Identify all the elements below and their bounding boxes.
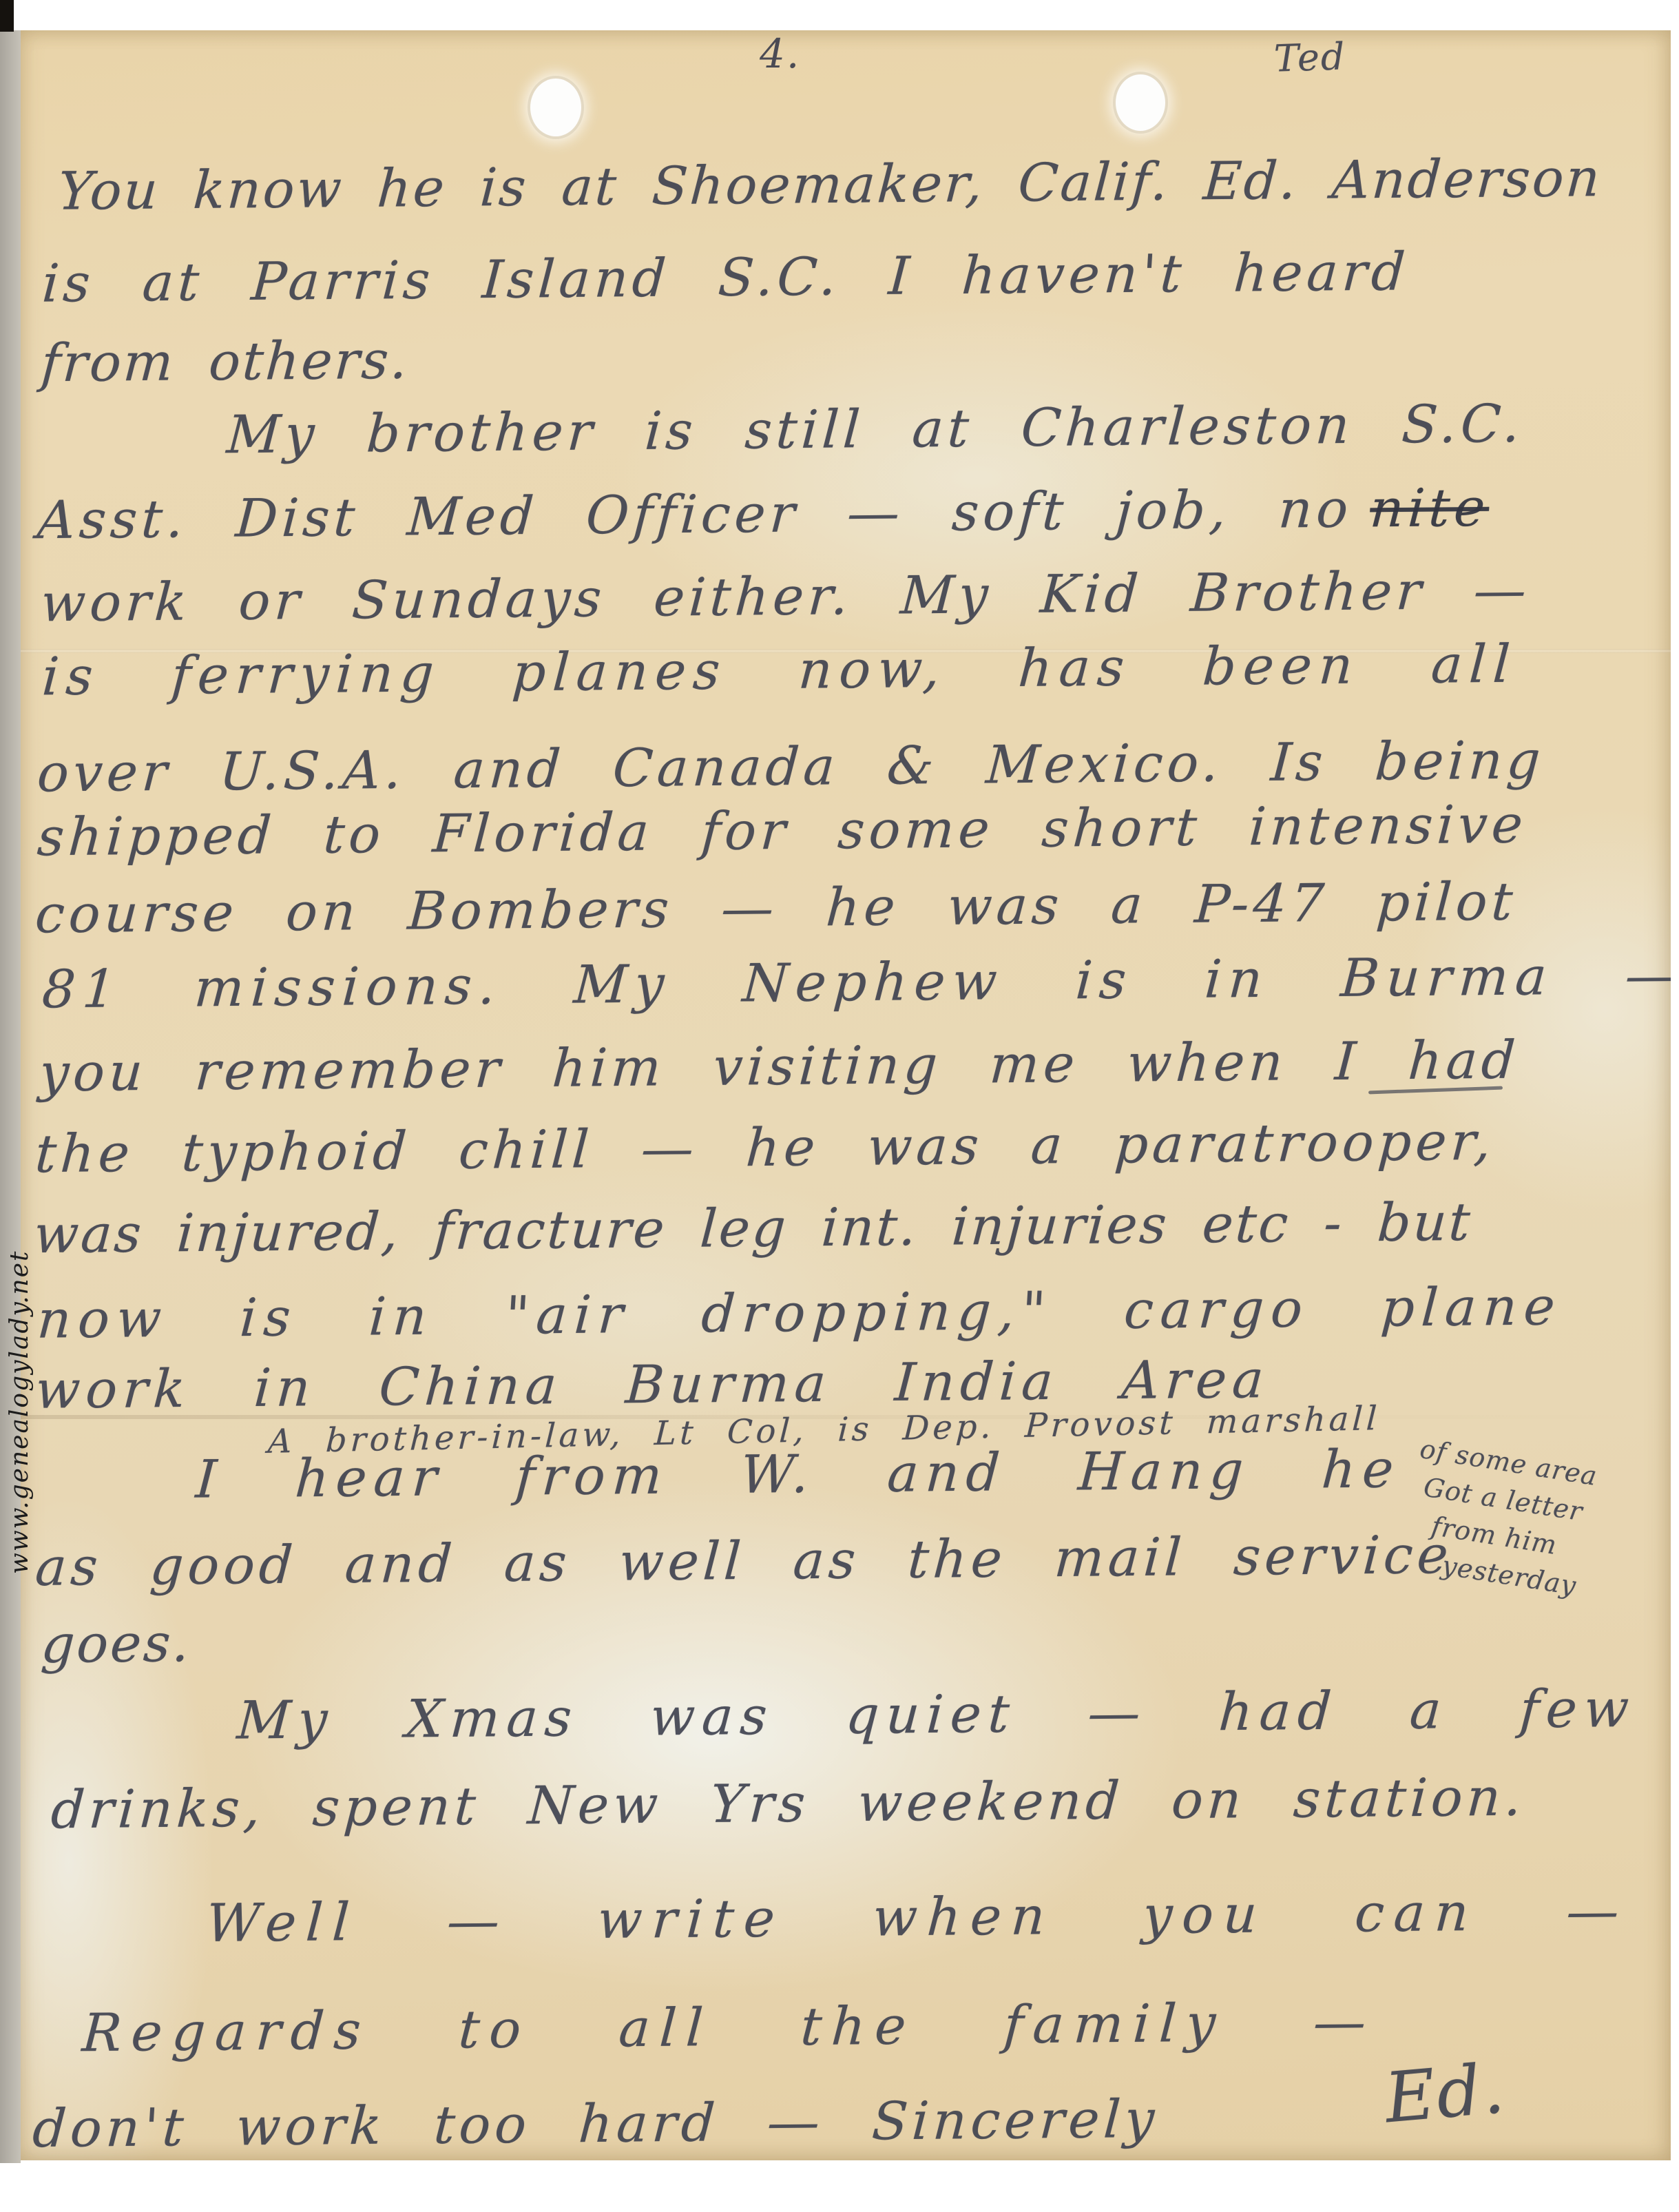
scan-edge [0, 0, 1679, 30]
handwritten-line: Regards to all the family — [81, 1996, 1377, 2059]
scanner-edge-strip [0, 30, 21, 2163]
handwritten-line: You know he is at Shoemaker, Calif. Ed. … [56, 152, 1603, 218]
handwritten-line: 81 missions. My Nephew is in Burma — [41, 949, 1679, 1016]
handwritten-line: was injured, fracture leg int. injuries … [32, 1196, 1474, 1261]
page-number: 4. [760, 30, 800, 77]
handwritten-line: now is in "air dropping," cargo plane [36, 1280, 1563, 1345]
handwritten-line: course on Bombers — he was a P-47 pilot [34, 876, 1519, 941]
struck-word: nite [1368, 477, 1491, 539]
handwritten-line: Well — write when you can — [205, 1885, 1630, 1950]
handwritten-line: the typhoid chill — he was a paratrooper… [34, 1115, 1496, 1180]
line-text: Asst. Dist Med Officer — soft job, no [36, 478, 1354, 551]
handwritten-line: Asst. Dist Med Officer — soft job, nonit… [36, 482, 1491, 546]
handwritten-line: My Xmas was quiet — had a few — [236, 1681, 1679, 1746]
handwritten-line: is at Parris Island S.C. I haven't heard [41, 245, 1410, 309]
handwritten-line: My brother is still at Charleston S.C. [225, 397, 1525, 461]
watermark: www.genealogylady.net [6, 1250, 34, 1574]
scan-corner-mark [0, 0, 14, 32]
scanned-letter-page: 4. Ted You know he is at Shoemaker, Cali… [0, 0, 1679, 2212]
letter-paper: 4. Ted You know he is at Shoemaker, Cali… [19, 30, 1671, 2160]
handwritten-line: drinks, spent New Yrs weekend on station… [50, 1771, 1527, 1837]
handwritten-line: work or Sundays either. My Kid Brother — [39, 564, 1532, 630]
handwritten-line: shipped to Florida for some short intens… [36, 798, 1528, 864]
handwritten-line: I hear from W. and Hang he [194, 1443, 1401, 1505]
punch-hole [1116, 74, 1165, 131]
punch-hole [530, 79, 581, 136]
signature: Ed. [1381, 2048, 1508, 2139]
handwritten-line: from others. [40, 334, 411, 390]
correction-note: Ted [1273, 34, 1346, 81]
handwritten-line: is ferrying planes now, has been all [41, 638, 1519, 703]
handwritten-line: over U.S.A. and Canada & Mexico. Is bein… [36, 734, 1546, 799]
handwritten-line: as good and as well as the mail service [34, 1529, 1454, 1593]
handwritten-line: don't work too hard — Sincerely [31, 2093, 1160, 2155]
handwritten-line: you remember him visiting me when I had [38, 1034, 1521, 1099]
scan-edge [0, 2160, 1679, 2212]
handwritten-line: goes. [40, 1617, 193, 1671]
scan-edge [1671, 0, 1679, 2212]
